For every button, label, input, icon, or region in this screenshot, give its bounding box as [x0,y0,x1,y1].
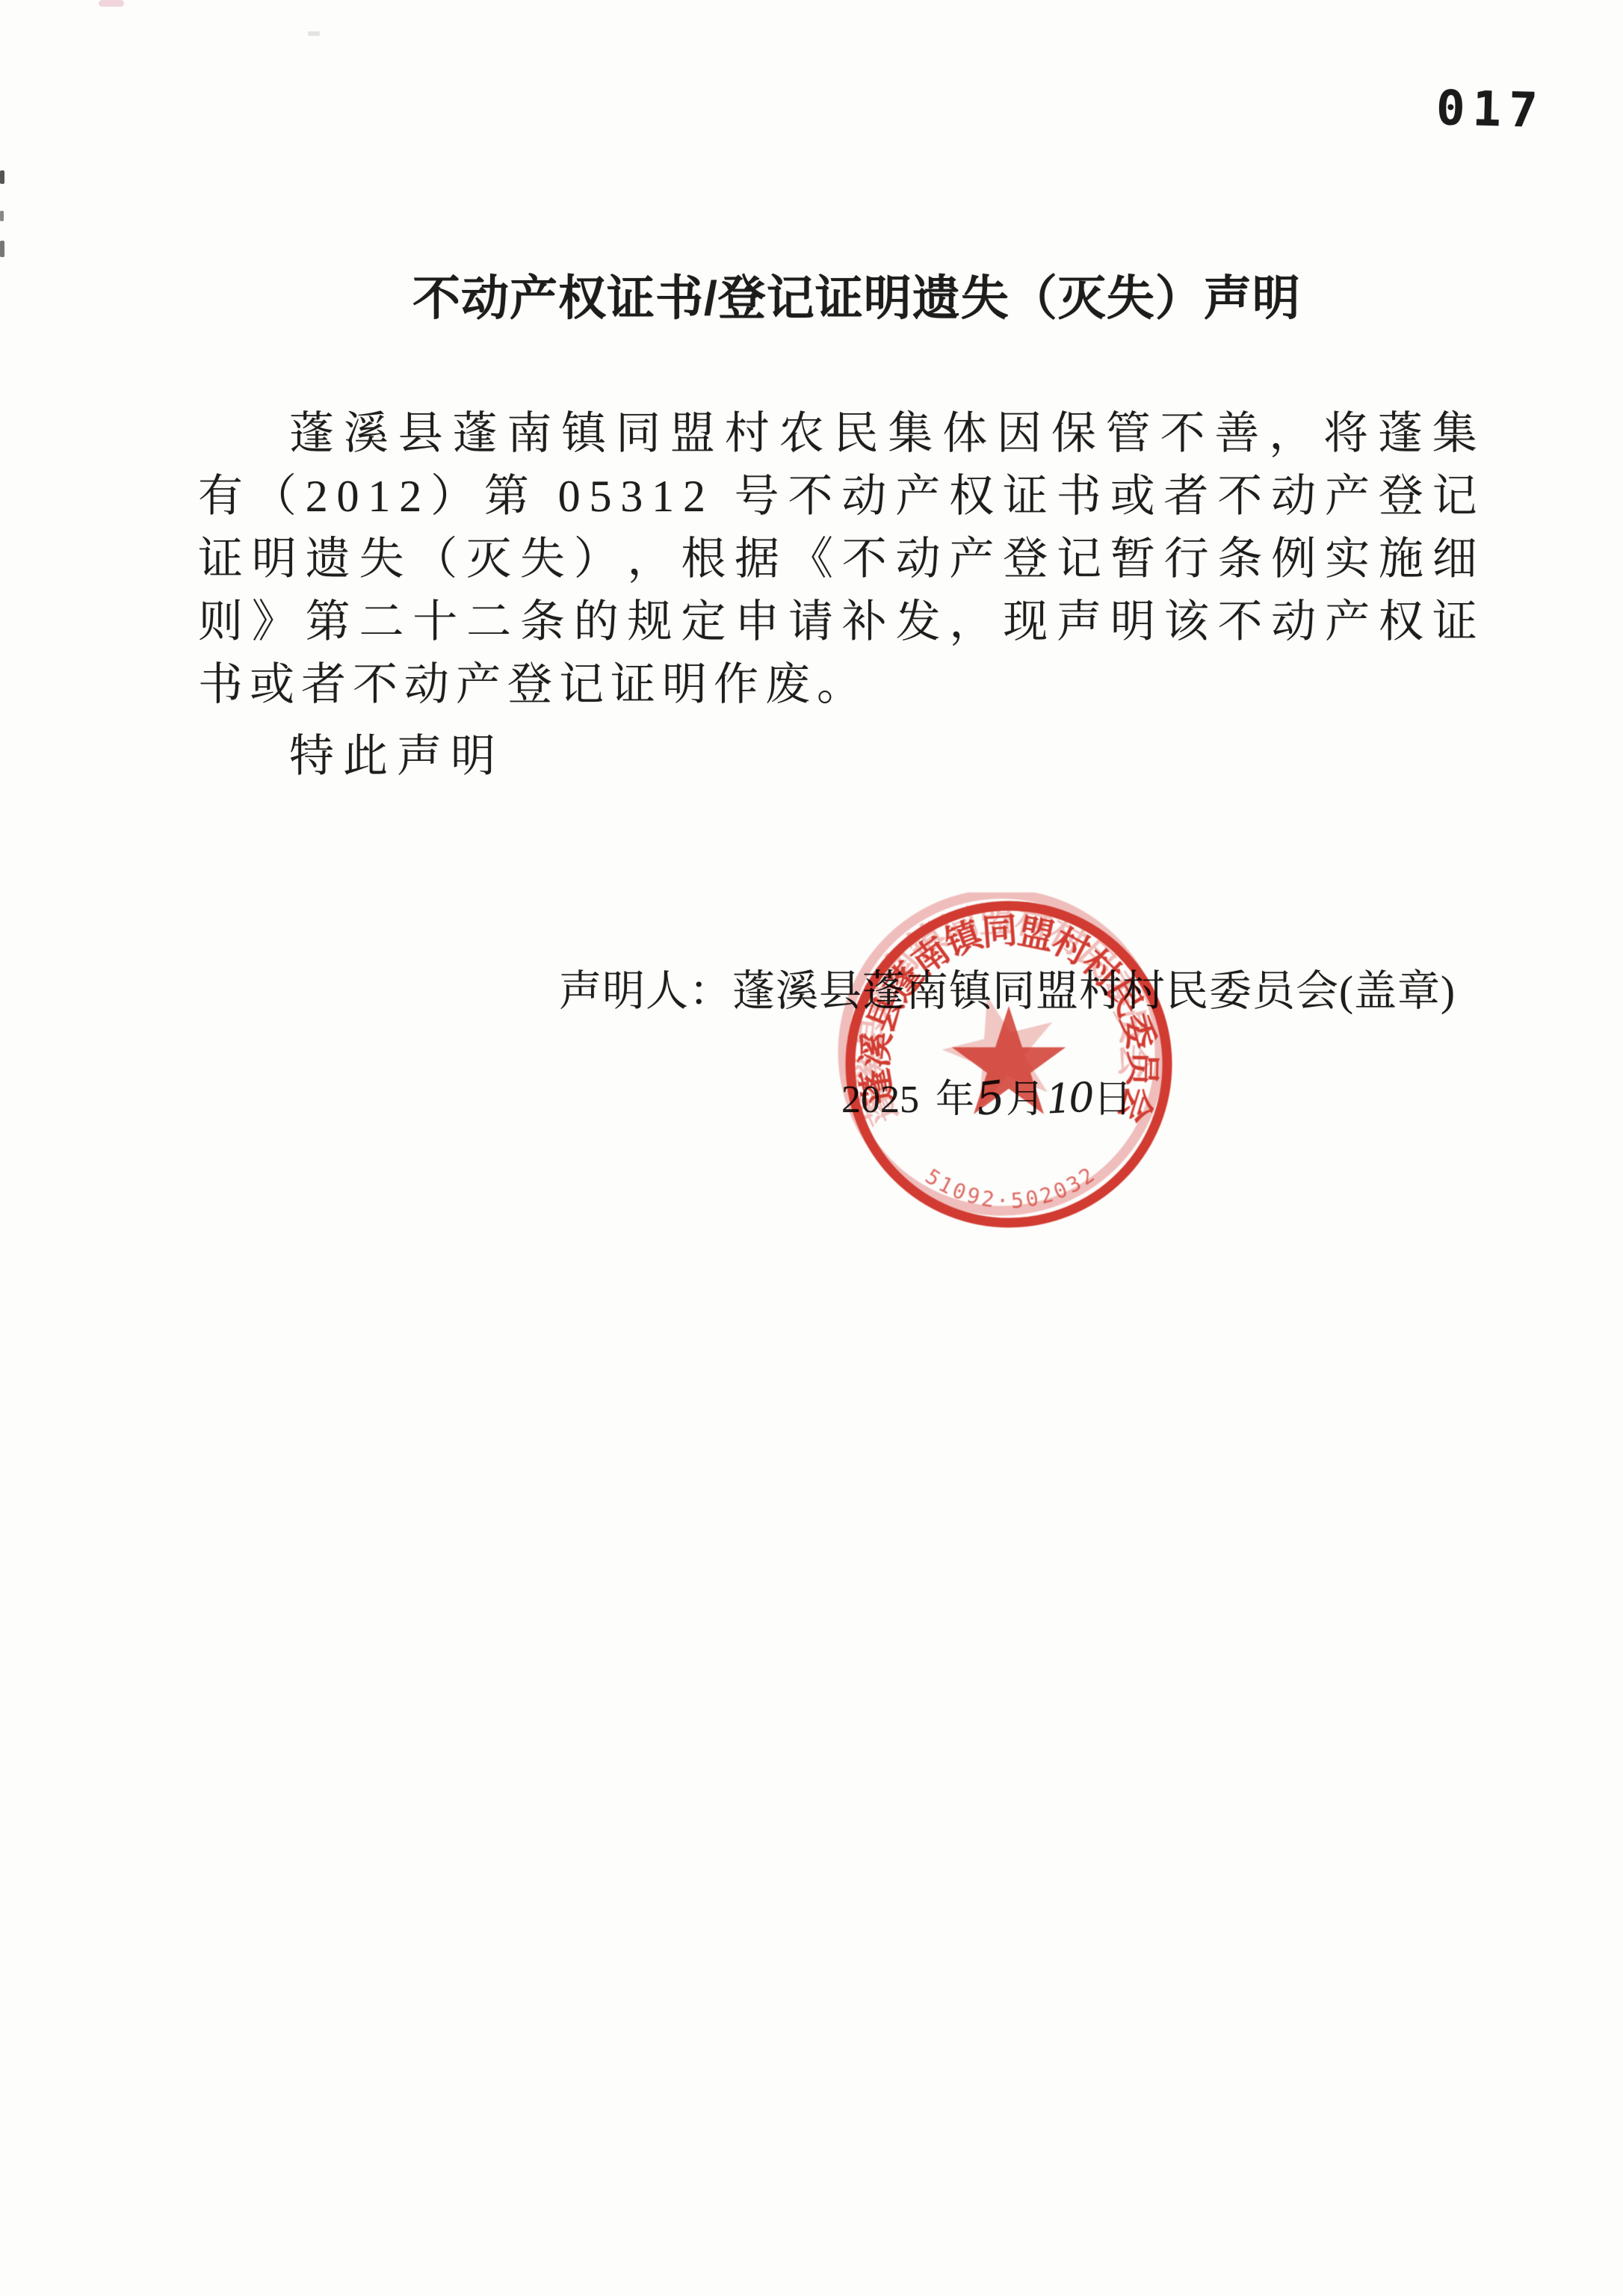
declaration-body: 蓬溪县蓬南镇同盟村农民集体因保管不善，将蓬集 有（2012）第 05312 号不… [198,402,1477,788]
scan-artifact [0,170,4,184]
scan-artifact [308,31,320,36]
closing-statement: 特此声明 [198,725,1477,788]
body-line: 有（2012）第 05312 号不动产权证书或者不动产登记 [198,465,1477,528]
scan-artifact [99,0,124,7]
body-line: 则》第二十二条的规定申请补发，现声明该不动产权证 [198,590,1477,653]
scanned-declaration-page: 017 不动产权证书/登记证明遗失（灭失）声明 蓬溪县蓬南镇同盟村农民集体因保管… [0,0,1623,2296]
body-line: 蓬溪县蓬南镇同盟村农民集体因保管不善，将蓬集 [198,402,1477,465]
scan-artifact [0,211,4,221]
document-title: 不动产权证书/登记证明遗失（灭失）声明 [412,260,1301,329]
official-seal-stamp: 蓬溪县蓬南镇同盟村村民委员会 蓬溪县蓬南镇同盟村村民委员会 51092·5020… [837,892,1181,1236]
scan-artifact [0,241,4,257]
page-number-stamp: 017 [1435,81,1545,139]
body-line: 书或者不动产登记证明作废。 [198,653,1477,716]
body-line: 证明遗失（灭失），根据《不动产登记暂行条例实施细 [198,528,1477,590]
